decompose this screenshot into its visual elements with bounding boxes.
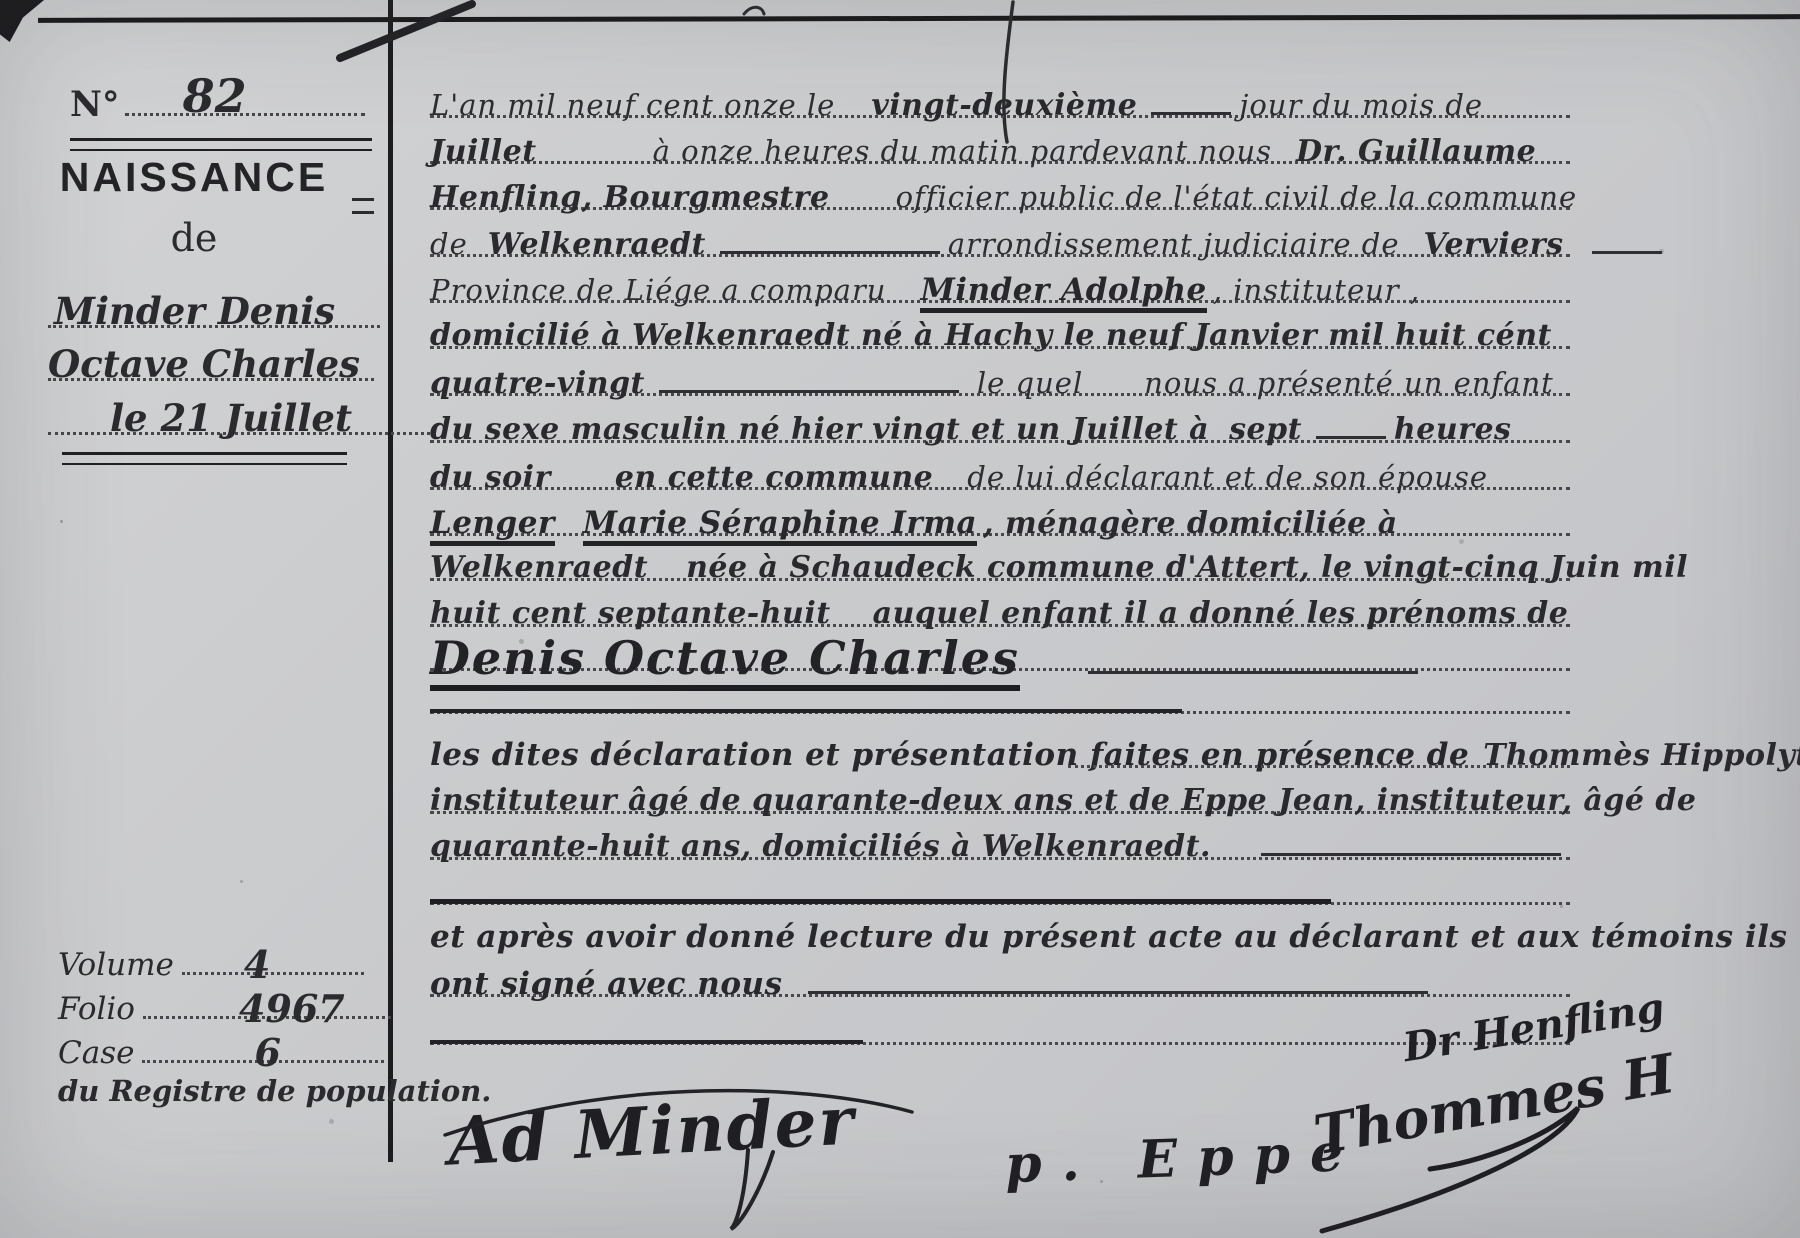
birth-date-line: le 21 Juillet [48,386,436,435]
body-line: du sexe masculin né hier vingt et un Jui… [430,393,1570,443]
registry-note: du Registre de population. [58,1074,491,1108]
folio-dotted-line: 4967 [143,1015,391,1019]
body-line: et après avoir donné lecture du présent … [430,900,1570,947]
body-line: Henfling, Bourgmestreofficier public de … [430,160,1570,210]
body-line: quarante-huit ans, domiciliés à Welkenra… [430,810,1570,860]
double-rule-top [70,138,372,151]
body-line: du soiren cette communede lui déclarant … [430,440,1570,490]
child-name-line-1: Minder Denis [48,279,380,328]
body-line: huit cent septante-huitauquel enfant il … [430,577,1570,627]
record-number-label: N° [70,84,120,125]
folio-label: Folio [58,991,135,1027]
blank-space [782,993,800,994]
filler-stroke [1316,435,1386,439]
body-line: L'an mil neuf cent onze levingt-deuxième… [430,68,1570,118]
record-number-dotted-line: 82 [125,112,365,116]
registry-volume-row: Volume4 [58,936,376,980]
registry-case-row: Case6 [58,1024,376,1068]
body-line: quatre-vingtle quelnous a présenté un en… [430,346,1570,396]
body-lines: L'an mil neuf cent onze levingt-deuxième… [430,0,1570,1238]
case-dotted-line: 6 [142,1059,384,1063]
printed-rule-line [430,855,1570,905]
printed-rule-line [430,664,1570,714]
case-label: Case [58,1035,134,1071]
body-line: les dites déclaration et présentation fa… [430,718,1570,765]
printed-rule-line [430,995,1570,1045]
body-line: deWelkenraedtarrondissement judiciaire d… [430,207,1570,257]
blank-space [1215,438,1229,439]
registry-folio-row: Folio4967 [58,980,376,1024]
folio-value: 4967 [239,990,345,1028]
body-line: Juilletà onze heures du matin pardevant … [430,114,1570,164]
record-number-row: N° 82 [70,70,375,122]
filler-stroke [808,990,1428,994]
document-page: N° 82 NAISSANCE de Minder Denis Octave C… [0,0,1800,1238]
body-line: Welkenraedtnée à Schaudeck commune d'Att… [430,531,1570,581]
signature-eppe: p. Eppe [1004,1122,1364,1195]
record-number-value: 82 [183,73,247,119]
birth-heading: NAISSANCE [0,154,388,201]
double-rule-bottom [62,452,347,465]
volume-value: 4 [244,946,270,984]
body-line: LengerMarie Séraphine Irma, ménagère dom… [430,486,1570,536]
column-divider [388,0,393,1162]
birth-heading-de: de [0,216,388,260]
body-line: Province de Liége a comparuMinder Adolph… [430,253,1570,303]
blank-space [1570,253,1584,254]
child-name-line-2: Octave Charles [48,332,374,381]
case-value: 6 [254,1034,280,1072]
volume-label: Volume [58,947,174,983]
volume-dotted-line: 4 [182,971,364,975]
filler-stroke [1592,250,1662,254]
body-line: domicilié à Welkenraedt né à Hachy le ne… [430,299,1570,349]
body-line: ont signé avec nous [430,947,1570,997]
body-line: instituteur âgé de quarante-deux ans et … [430,764,1570,814]
